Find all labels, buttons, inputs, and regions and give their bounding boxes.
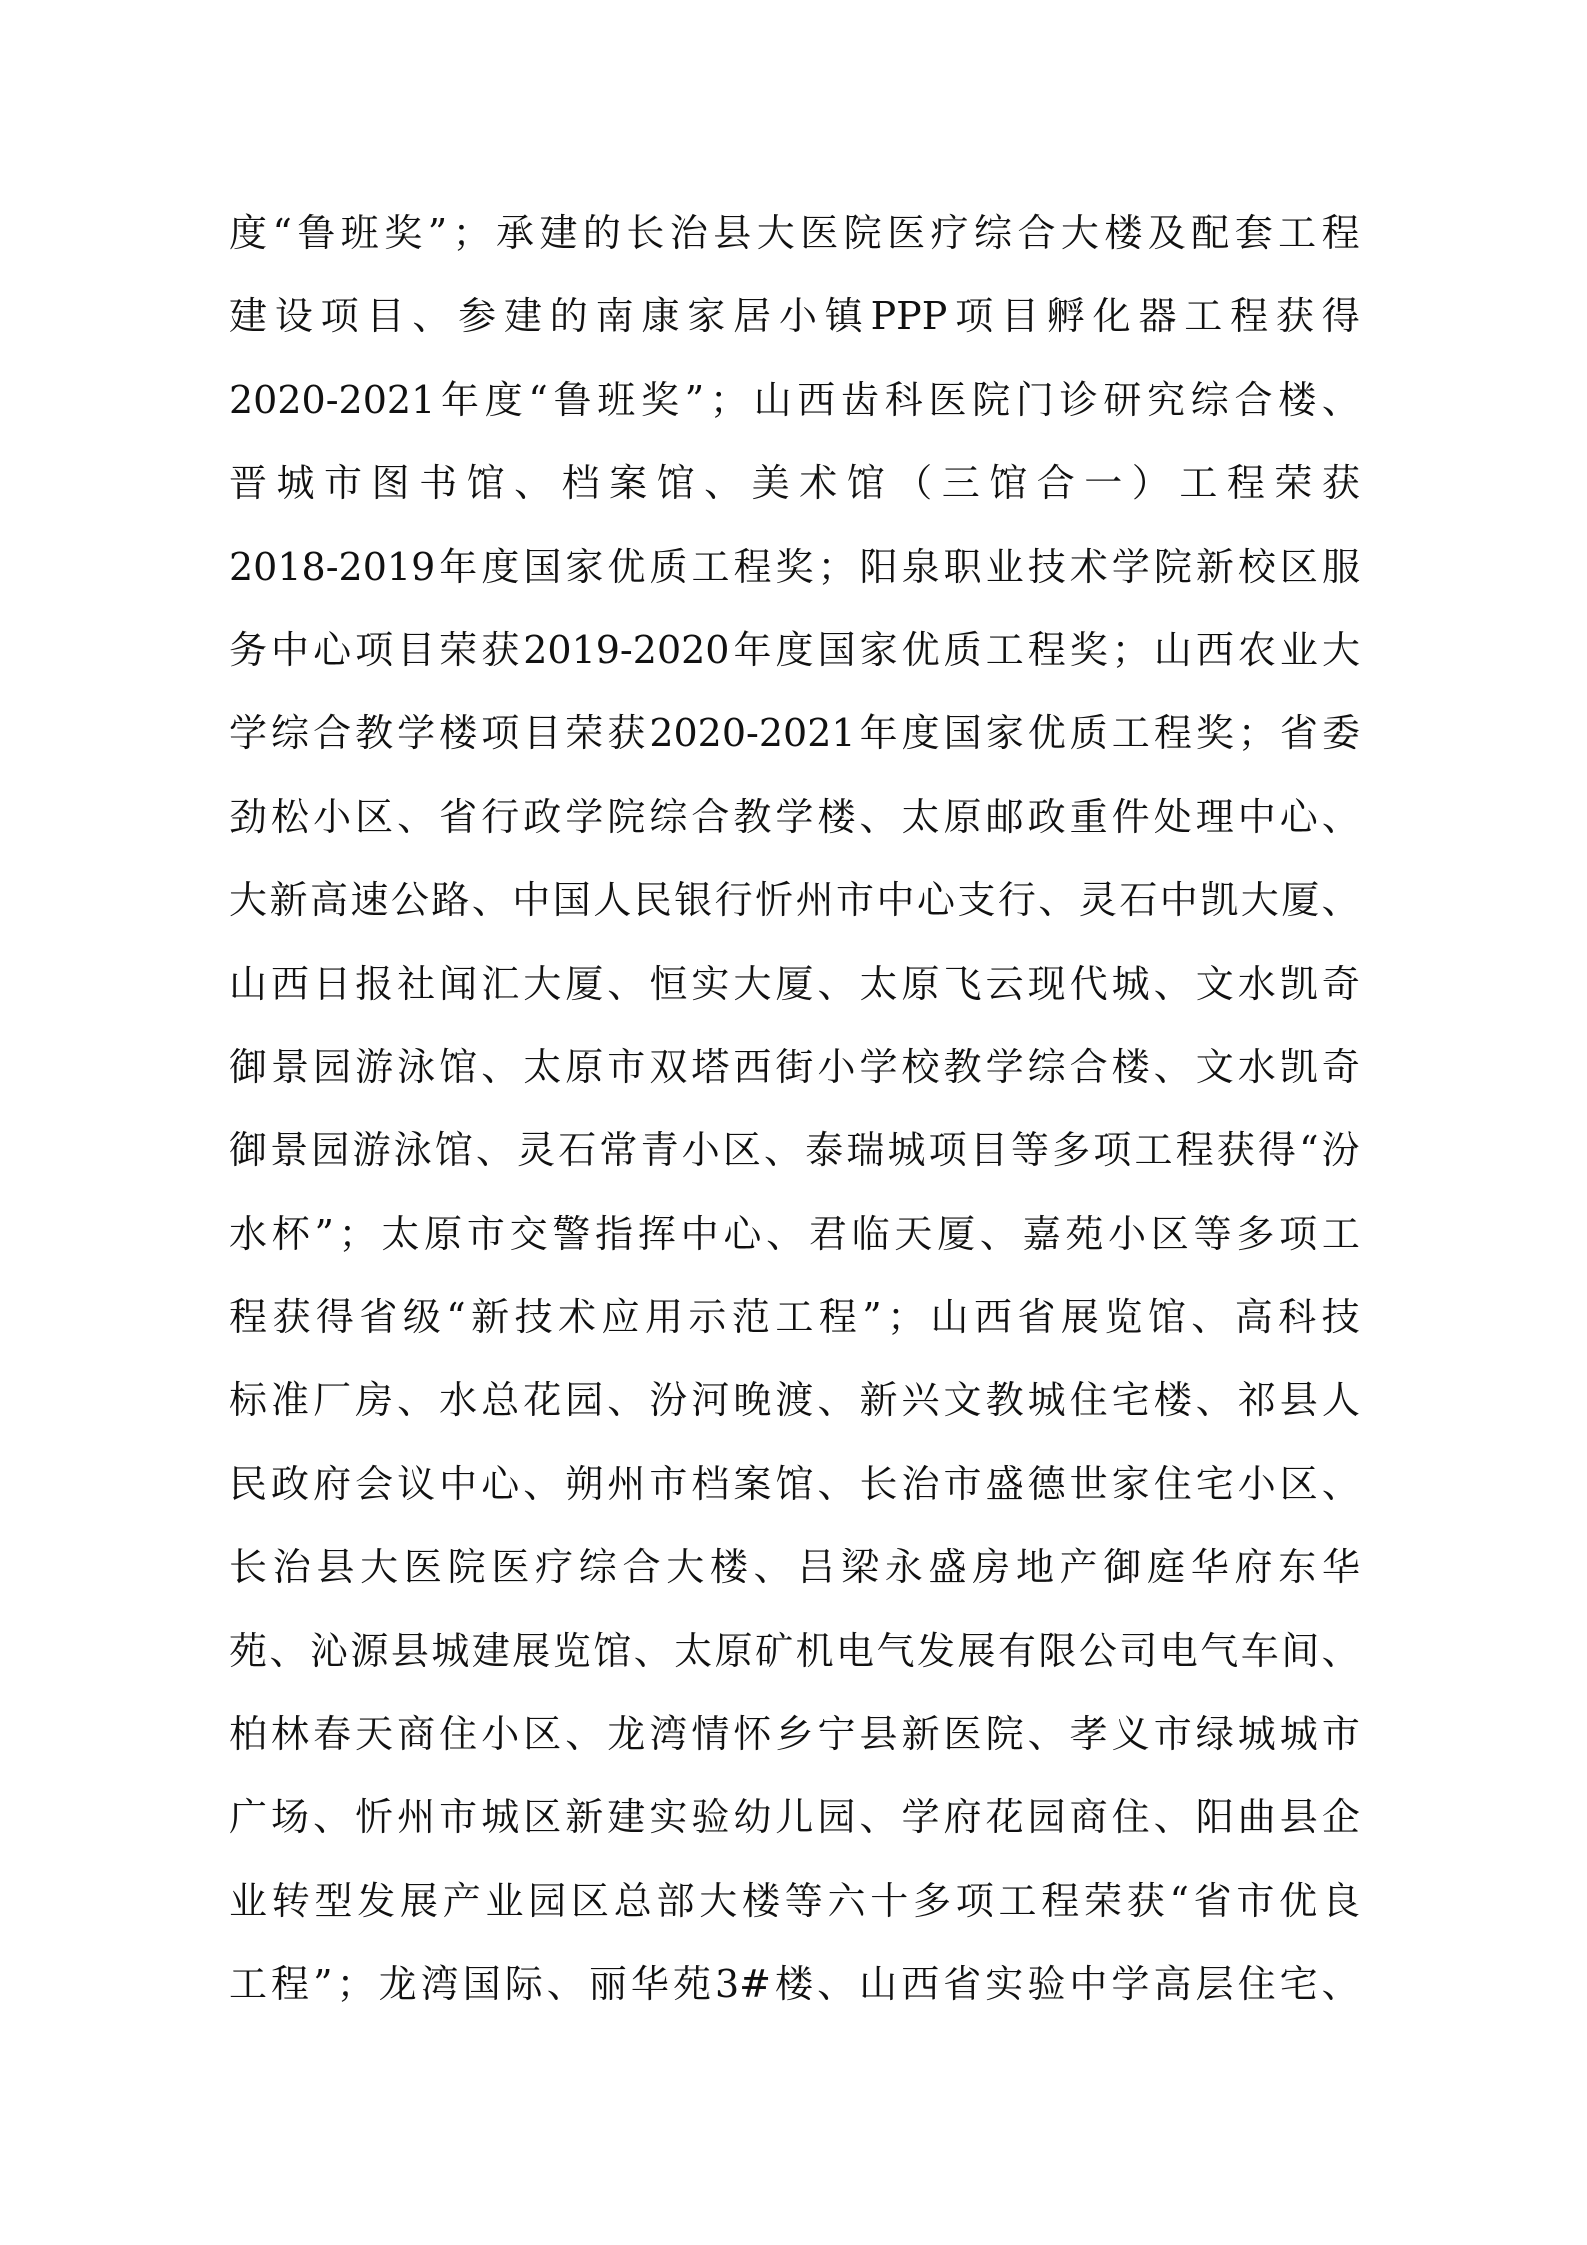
text-line: 苑、沁源县城建展览馆、太原矿机电气发展有限公司电气车间、 xyxy=(229,1628,1360,1711)
text-line: 2018-2019年度国家优质工程奖；阳泉职业技术学院新校区服 xyxy=(229,544,1360,627)
text-line: 劲松小区、省行政学院综合教学楼、太原邮政重件处理中心、 xyxy=(229,794,1360,877)
text-line: 柏林春天商住小区、龙湾情怀乡宁县新医院、孝义市绿城城市 xyxy=(229,1711,1360,1794)
text-line: 标准厂房、水总花园、汾河晚渡、新兴文教城住宅楼、祁县人 xyxy=(229,1377,1360,1460)
text-line: 建设项目、参建的南康家居小镇PPP项目孵化器工程获得 xyxy=(229,293,1360,376)
document-page: 度“鲁班奖”；承建的长治县大医院医疗综合大楼及配套工程 建设项目、参建的南康家居… xyxy=(0,0,1587,2245)
text-line: 工程”；龙湾国际、丽华苑3#楼、山西省实验中学高层住宅、 xyxy=(229,1961,1360,2044)
text-line: 业转型发展产业园区总部大楼等六十多项工程荣获“省市优良 xyxy=(229,1878,1360,1961)
text-line: 务中心项目荣获2019-2020年度国家优质工程奖；山西农业大 xyxy=(229,627,1360,710)
text-line: 民政府会议中心、朔州市档案馆、长治市盛德世家住宅小区、 xyxy=(229,1461,1360,1544)
text-line: 2020-2021年度“鲁班奖”；山西齿科医院门诊研究综合楼、 xyxy=(229,377,1360,460)
text-line: 长治县大医院医疗综合大楼、吕梁永盛房地产御庭华府东华 xyxy=(229,1544,1360,1627)
body-paragraph: 度“鲁班奖”；承建的长治县大医院医疗综合大楼及配套工程 建设项目、参建的南康家居… xyxy=(229,210,1360,2045)
text-line: 大新高速公路、中国人民银行忻州市中心支行、灵石中凯大厦、 xyxy=(229,877,1360,960)
text-line: 程获得省级“新技术应用示范工程”；山西省展览馆、高科技 xyxy=(229,1294,1360,1377)
text-line: 山西日报社闻汇大厦、恒实大厦、太原飞云现代城、文水凯奇 xyxy=(229,961,1360,1044)
text-line: 晋城市图书馆、档案馆、美术馆（三馆合一）工程荣获 xyxy=(229,460,1360,543)
text-line: 御景园游泳馆、灵石常青小区、泰瑞城项目等多项工程获得“汾 xyxy=(229,1127,1360,1210)
text-line: 学综合教学楼项目荣获2020-2021年度国家优质工程奖；省委 xyxy=(229,710,1360,793)
text-line: 度“鲁班奖”；承建的长治县大医院医疗综合大楼及配套工程 xyxy=(229,210,1360,293)
text-line: 广场、忻州市城区新建实验幼儿园、学府花园商住、阳曲县企 xyxy=(229,1794,1360,1877)
text-line: 御景园游泳馆、太原市双塔西街小学校教学综合楼、文水凯奇 xyxy=(229,1044,1360,1127)
text-line: 水杯”；太原市交警指挥中心、君临天厦、嘉苑小区等多项工 xyxy=(229,1211,1360,1294)
